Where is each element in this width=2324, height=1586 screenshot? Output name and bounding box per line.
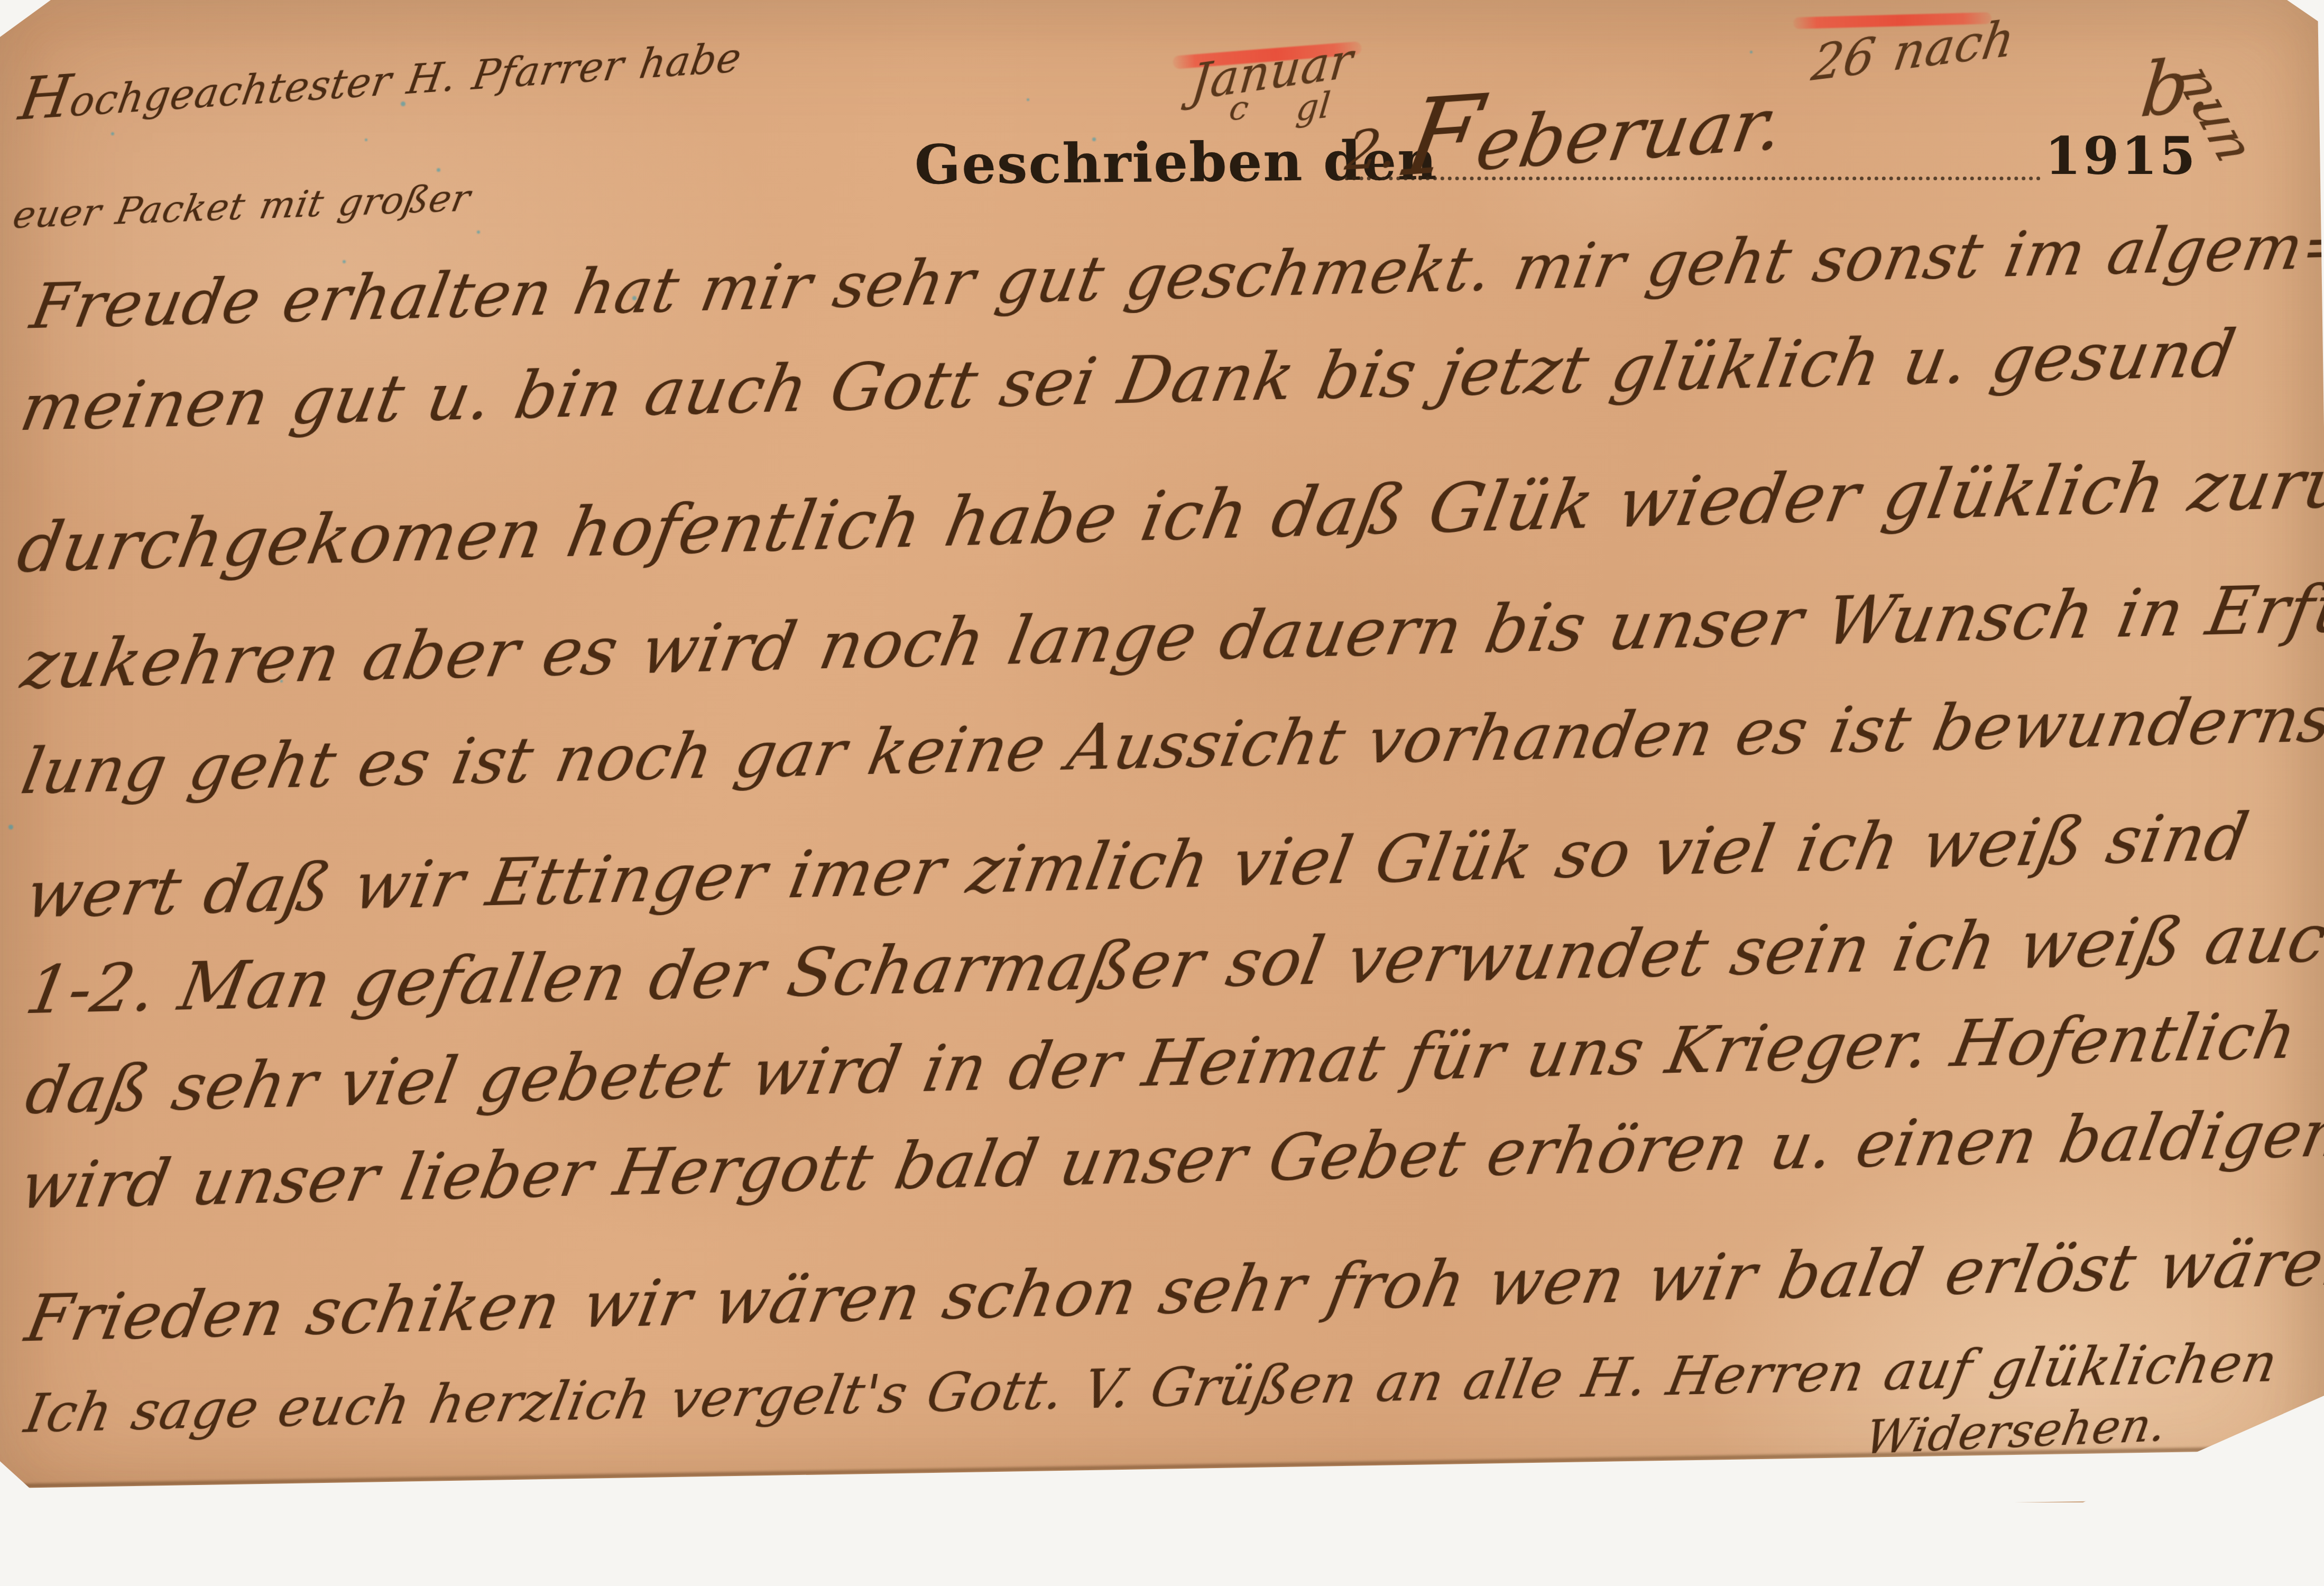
scan-edge-bottom: [0, 1449, 2324, 1502]
ink-speck: [437, 168, 440, 172]
scan-corner-top-right: [2287, 0, 2324, 25]
handwritten-date-day: 2.: [1342, 117, 1403, 182]
postcard-scan: Geschrieben den 1915 Januar c gl 26 nach…: [0, 0, 2324, 1502]
ink-speck: [1750, 51, 1753, 53]
handwriting-line: durchgekomen hofentlich habe ich daß Glü…: [12, 442, 2324, 588]
ink-speck: [1027, 98, 1029, 101]
ink-speck: [280, 680, 283, 683]
annotation-gl-mark: gl: [1294, 85, 1333, 130]
ink-speck: [365, 139, 367, 141]
ink-speck: [8, 825, 13, 829]
scan-corner-bottom-left: [0, 1461, 45, 1502]
handwriting-line: zukehren aber es wird noch lange dauern …: [16, 568, 2324, 704]
scan-corner-top-left: [0, 0, 51, 37]
printed-year: 1915: [2045, 126, 2198, 187]
ink-speck: [632, 296, 637, 300]
handwriting-line: lung geht es ist noch gar keine Aussicht…: [16, 682, 2324, 809]
greeting-line-2: euer Packet mit großer: [10, 176, 474, 237]
ink-speck: [401, 102, 405, 106]
ink-speck: [1092, 137, 1096, 141]
greeting-line-1: Hochgeachtester H. Pfarrer habe: [15, 17, 748, 133]
handwriting-line: meinen gut u. bin auch Gott sei Dank bis…: [15, 316, 2242, 446]
ink-speck: [111, 132, 114, 135]
ink-speck: [343, 260, 346, 263]
ink-speck: [477, 230, 480, 234]
handwriting-line: Frieden schiken wir wären schon sehr fro…: [20, 1223, 2324, 1356]
